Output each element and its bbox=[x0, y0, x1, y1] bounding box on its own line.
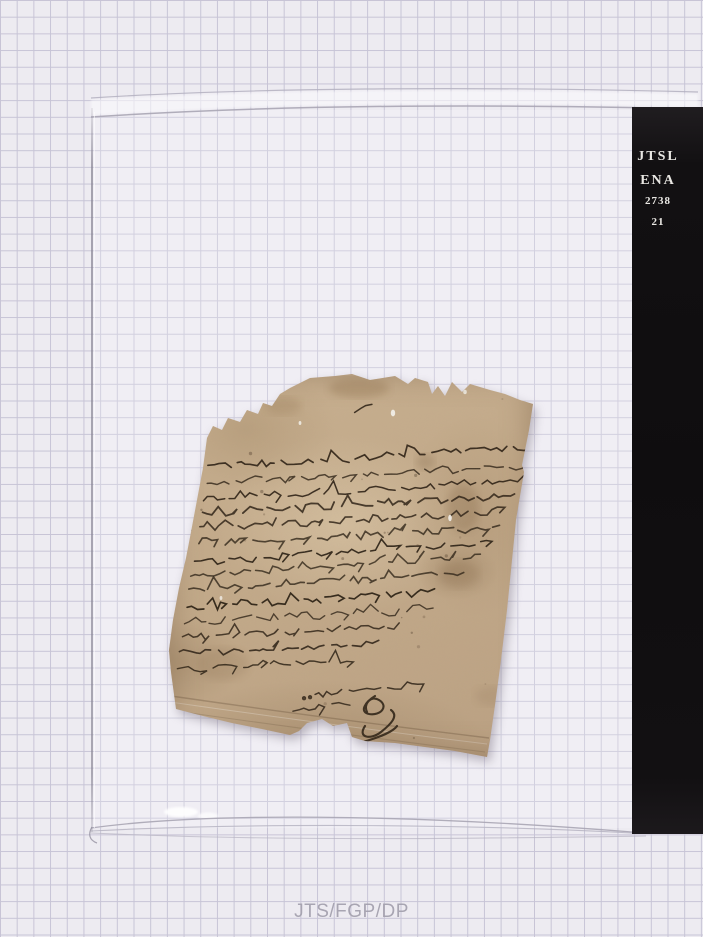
handwritten-text bbox=[163, 366, 539, 762]
dark-speck bbox=[413, 737, 415, 739]
dark-speck bbox=[244, 539, 246, 541]
header-mark bbox=[355, 404, 372, 412]
dark-speck bbox=[423, 616, 426, 619]
dark-speck bbox=[384, 532, 386, 534]
parchment bbox=[163, 366, 539, 762]
text-line bbox=[199, 524, 500, 549]
crease-line bbox=[171, 696, 489, 738]
dark-speck bbox=[361, 478, 363, 480]
dark-speck bbox=[501, 398, 503, 400]
crease-group bbox=[169, 696, 489, 752]
shelfmark-label-strip: JTSL ENA 2738 21 bbox=[632, 107, 703, 834]
ink-group bbox=[177, 381, 533, 753]
dark-speck bbox=[200, 509, 202, 511]
watermark-text: JTS/FGP/DP bbox=[0, 901, 703, 923]
dark-speck bbox=[417, 645, 420, 648]
text-line bbox=[200, 507, 505, 530]
text-line bbox=[189, 570, 464, 593]
plastic-sleeve-bottom-edge bbox=[86, 798, 703, 850]
dark-speck bbox=[459, 536, 461, 538]
plastic-sleeve-top-edge bbox=[86, 80, 703, 130]
crease-highlight bbox=[170, 702, 487, 744]
closing-dots bbox=[303, 696, 311, 699]
hole-speck bbox=[220, 596, 223, 600]
text-line bbox=[191, 551, 481, 576]
dark-speck bbox=[263, 513, 265, 515]
text-line bbox=[195, 539, 493, 564]
stain bbox=[265, 397, 301, 415]
stain bbox=[197, 648, 249, 680]
speck-group bbox=[220, 390, 467, 600]
stain bbox=[475, 686, 511, 706]
photo-stage: JTSL ENA 2738 21 JTS/FGP/DP bbox=[0, 0, 703, 937]
hole-speck bbox=[448, 515, 452, 521]
plastic-sleeve-left-highlight bbox=[94, 112, 95, 828]
dark-speck bbox=[445, 554, 448, 557]
text-line bbox=[183, 623, 400, 643]
text-line bbox=[208, 445, 529, 467]
dark-speck bbox=[324, 702, 327, 705]
text-line bbox=[203, 494, 515, 516]
dark-speck bbox=[260, 490, 263, 493]
crease-line-2 bbox=[169, 710, 485, 752]
closing-line-2 bbox=[293, 703, 350, 715]
shelfmark-number: 2738 bbox=[632, 195, 684, 207]
manuscript-fragment bbox=[163, 366, 539, 762]
stain bbox=[447, 484, 479, 532]
signature-flourish bbox=[363, 696, 397, 753]
hole-speck bbox=[391, 410, 395, 417]
closing-line bbox=[315, 682, 424, 697]
hole-speck bbox=[299, 421, 302, 425]
sleeve-bottom-line-3 bbox=[91, 833, 646, 839]
dark-speck bbox=[411, 632, 413, 634]
dark-speck bbox=[401, 617, 402, 618]
dark-speck bbox=[190, 529, 192, 531]
dark-speck bbox=[387, 532, 389, 534]
shelfmark-library: JTSL bbox=[632, 149, 684, 165]
paper-texture bbox=[163, 366, 539, 762]
dark-speck bbox=[249, 452, 252, 455]
stain-group bbox=[197, 378, 511, 706]
text-line bbox=[177, 650, 353, 674]
text-line bbox=[187, 589, 435, 610]
shelfmark-collection: ENA bbox=[632, 173, 684, 189]
dark-speck bbox=[414, 474, 417, 477]
plastic-sleeve-left-edge bbox=[91, 108, 93, 832]
stain bbox=[439, 560, 479, 588]
stain bbox=[415, 454, 435, 470]
dark-speck bbox=[509, 626, 511, 628]
sleeve-bottom-highlight bbox=[164, 807, 198, 817]
stain bbox=[329, 378, 389, 398]
dark-speck bbox=[484, 683, 486, 685]
text-line bbox=[207, 461, 533, 485]
text-line bbox=[179, 640, 378, 654]
dark-speck bbox=[416, 544, 419, 547]
dark-speck bbox=[264, 661, 267, 664]
text-line bbox=[185, 604, 434, 624]
text-line bbox=[204, 475, 525, 502]
hole-speck bbox=[463, 390, 467, 394]
dark-speck bbox=[341, 557, 344, 560]
shelfmark-folio: 21 bbox=[632, 216, 684, 228]
dark-speck bbox=[224, 381, 226, 383]
dark-speck bbox=[346, 494, 347, 495]
